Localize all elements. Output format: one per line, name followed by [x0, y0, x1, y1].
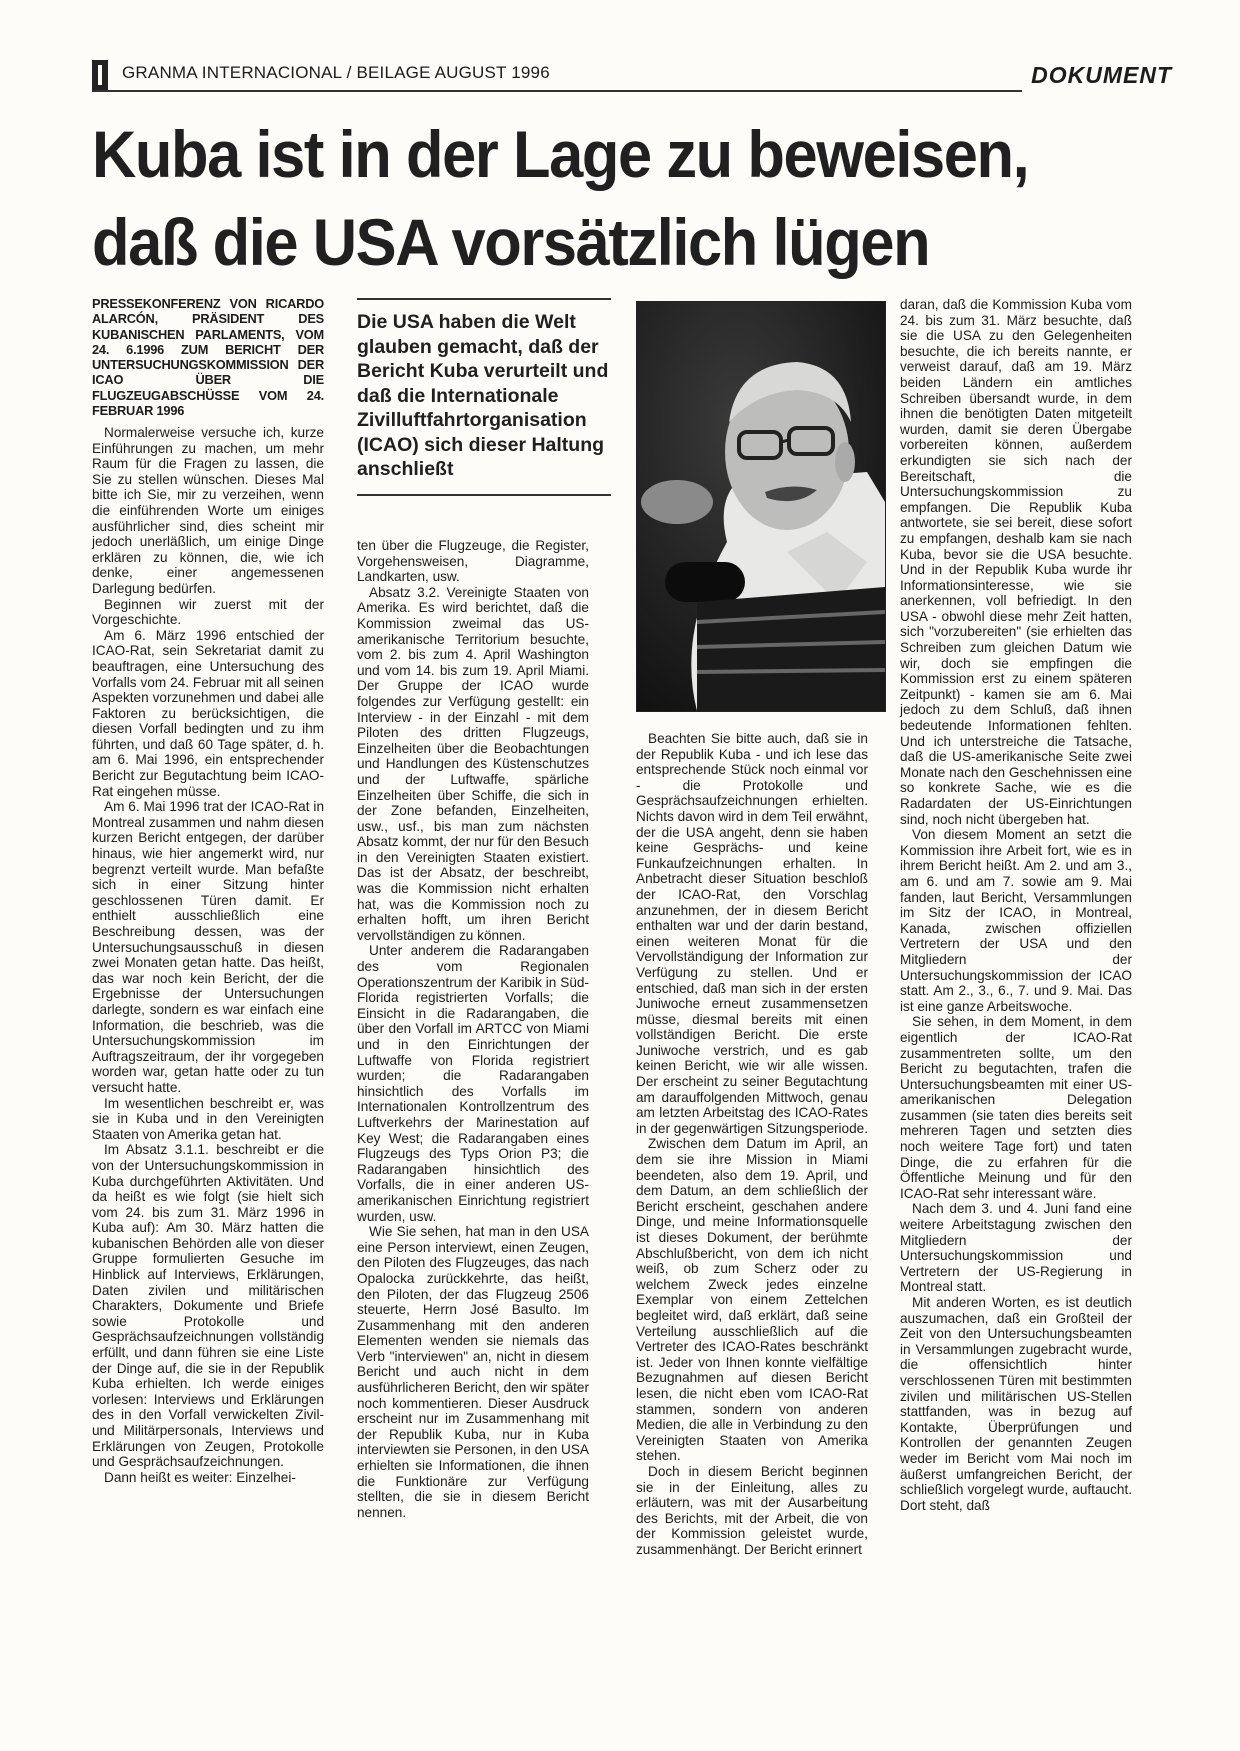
paragraph: Im Absatz 3.1.1. beschreibt er die von d…	[92, 1142, 324, 1469]
paragraph: Von diesem Moment an setzt die Kommissio…	[900, 827, 1132, 1014]
paragraph: Am 6. Mai 1996 trat der ICAO-Rat in Mont…	[92, 799, 324, 1095]
paragraph: Wie Sie sehen, hat man in den USA eine P…	[357, 1224, 589, 1520]
masthead-rule	[92, 90, 1022, 92]
lead-paragraph: PRESSEKONFERENZ VON RICARDO ALARCÓN, PRÄ…	[92, 296, 324, 418]
masthead: GRANMA INTERNACIONAL / BEILAGE AUGUST 19…	[92, 58, 1172, 92]
article-column-1: Normalerweise versuche ich, kurze Einfüh…	[92, 425, 324, 1485]
paragraph: ten über die Flugzeuge, die Register, Vo…	[357, 538, 589, 585]
paragraph: Zwischen dem Datum im April, an dem sie …	[636, 1136, 868, 1463]
article-column-4: daran, daß die Kommission Kuba vom 24. b…	[900, 297, 1132, 1513]
paragraph: Beginnen wir zuerst mit der Vorgeschicht…	[92, 597, 324, 628]
speaker-photo	[636, 301, 886, 712]
page-title: Kuba ist in der Lage zu beweisen, daß di…	[92, 110, 1096, 286]
paragraph: daran, daß die Kommission Kuba vom 24. b…	[900, 297, 1132, 827]
paragraph: Dann heißt es weiter: Einzelhei-	[92, 1470, 324, 1486]
paragraph: Nach dem 3. und 4. Juni fand eine weiter…	[900, 1201, 1132, 1295]
pull-quote: Die USA haben die Welt glauben gemacht, …	[357, 298, 611, 496]
pull-quote-text: Die USA haben die Welt glauben gemacht, …	[357, 310, 611, 482]
issue-line: GRANMA INTERNACIONAL / BEILAGE AUGUST 19…	[122, 63, 550, 83]
paragraph: Absatz 3.2. Vereinigte Staaten von Ameri…	[357, 585, 589, 944]
article-column-3: Beachten Sie bitte auch, daß sie in der …	[636, 731, 868, 1557]
paragraph: Mit anderen Worten, es ist deutlich ausz…	[900, 1295, 1132, 1513]
photo-image-icon	[637, 302, 885, 711]
section-marker-icon	[92, 60, 108, 90]
headline-line-2: daß die USA vorsätzlich lügen	[92, 198, 1096, 286]
paragraph: Sie sehen, in dem Moment, in dem eigentl…	[900, 1014, 1132, 1201]
paragraph: Beachten Sie bitte auch, daß sie in der …	[636, 731, 868, 1136]
paragraph: Am 6. März 1996 entschied der ICAO-Rat, …	[92, 628, 324, 800]
paragraph: Im wesentlichen beschreibt er, was sie i…	[92, 1096, 324, 1143]
headline-line-1: Kuba ist in der Lage zu beweisen,	[92, 110, 1096, 198]
paragraph: Normalerweise versuche ich, kurze Einfüh…	[92, 425, 324, 597]
paragraph: Doch in diesem Bericht beginnen sie in d…	[636, 1464, 868, 1558]
paragraph: Unter anderem die Radarangaben des vom R…	[357, 943, 589, 1224]
article-column-2: ten über die Flugzeuge, die Register, Vo…	[357, 538, 589, 1520]
section-label: DOKUMENT	[1031, 62, 1172, 89]
